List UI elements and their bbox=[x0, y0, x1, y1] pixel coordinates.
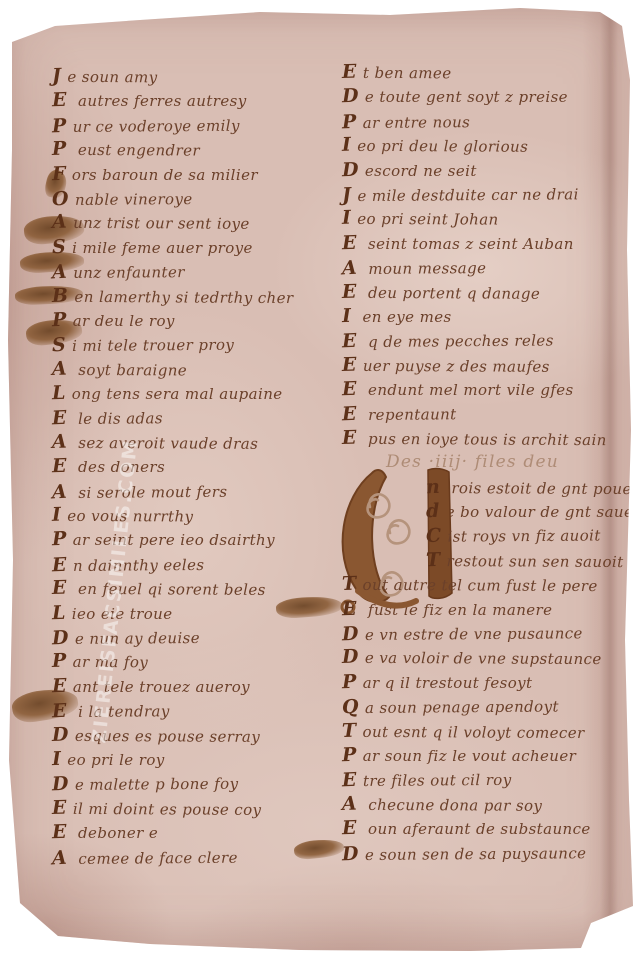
verse-line: Eil mi doint es pouse coy bbox=[52, 795, 332, 821]
verse-line: E oun aferaunt de substaunce bbox=[342, 816, 634, 840]
verse-line: Tout autre tel cum fust le pere bbox=[342, 572, 634, 598]
verse-line: Qa soun penage apendoyt bbox=[342, 693, 634, 720]
line-initial: E bbox=[51, 699, 67, 724]
verse-line: Si mi tele trouer proy bbox=[52, 331, 332, 358]
line-initial: E bbox=[52, 88, 68, 113]
verse-line: E deu portent q danage bbox=[342, 279, 634, 305]
verse-line: E des doners bbox=[52, 454, 332, 478]
verse-line: Ieo vous nurrthy bbox=[52, 503, 332, 529]
line-initial: J bbox=[52, 64, 62, 89]
line-initial: A bbox=[51, 479, 67, 504]
line-initial: d bbox=[426, 499, 441, 524]
line-initial: D bbox=[341, 841, 359, 866]
verse-line: E q de mes pecches reles bbox=[342, 327, 634, 354]
line-initial: A bbox=[342, 791, 358, 816]
line-initial: E bbox=[51, 553, 67, 578]
verse-line: Cist roys vn fiz auoit bbox=[426, 523, 634, 549]
verse-line: Par q il trestout fesoyt bbox=[342, 670, 634, 694]
line-initial: P bbox=[51, 114, 67, 139]
verse-line: Ieo pri deu le glorious bbox=[342, 133, 634, 159]
verse-line: Par seint pere ieo dsairthy bbox=[52, 527, 332, 551]
line-initial: A bbox=[51, 260, 67, 285]
verse-line: De toute gent soyt z preise bbox=[342, 84, 634, 108]
line-initial: I bbox=[342, 304, 352, 329]
verse-line: Aunz trist our sent ioye bbox=[52, 210, 332, 236]
verse-line: De vn estre de vne pusaunce bbox=[342, 620, 634, 647]
verse-line: De soun sen de sa puysaunce bbox=[342, 839, 634, 866]
line-initial: D bbox=[341, 622, 359, 647]
verse-line: A cemee de face clere bbox=[52, 843, 332, 870]
verse-line: E autres ferres autresy bbox=[52, 88, 332, 112]
verse-line: De va voloir de vne supstaunce bbox=[342, 645, 634, 671]
line-initial: I bbox=[342, 133, 352, 158]
line-initial: A bbox=[52, 356, 68, 381]
line-initial: O bbox=[51, 187, 69, 212]
line-initial: E bbox=[342, 596, 358, 621]
line-initial: L bbox=[52, 381, 67, 406]
verse-line: A soyt baraigne bbox=[52, 356, 332, 382]
line-initial: E bbox=[342, 60, 358, 85]
verse-line: n rois estoit de gnt pouer bbox=[426, 475, 634, 500]
line-initial: T bbox=[342, 572, 357, 597]
verse-line: Euer puyse z des maufes bbox=[342, 352, 634, 378]
text-column-right: Et ben ameeDe toute gent soyt z preisePa… bbox=[342, 60, 634, 865]
verse-line: E deboner e bbox=[52, 820, 332, 844]
verse-group-top: Et ben ameeDe toute gent soyt z preisePa… bbox=[342, 60, 634, 450]
verse-line: Je soun amy bbox=[52, 64, 332, 90]
line-initial: E bbox=[342, 352, 358, 377]
line-initial: E bbox=[342, 279, 358, 304]
verse-line: Long tens sera mal aupaine bbox=[52, 381, 332, 405]
line-initial: Q bbox=[341, 695, 359, 720]
line-initial: S bbox=[51, 333, 66, 358]
line-initial: B bbox=[52, 283, 69, 308]
line-initial: E bbox=[52, 576, 68, 601]
line-initial: E bbox=[52, 674, 68, 699]
line-initial: P bbox=[341, 110, 357, 135]
verse-line: Je mile destduite car ne drai bbox=[342, 181, 634, 208]
verse-line: Ben lamerthy si tedrthy cher bbox=[52, 283, 332, 309]
line-initial: E bbox=[52, 454, 68, 479]
line-initial: E bbox=[341, 329, 357, 354]
verse-line: Pur ce voderoye emily bbox=[52, 112, 332, 139]
verse-line: Etre files out cil roy bbox=[342, 766, 634, 793]
line-initial: E bbox=[342, 377, 358, 402]
verse-line: A si serole mout fers bbox=[52, 478, 332, 505]
verse-line: A sez averoit vaude dras bbox=[52, 430, 332, 456]
line-initial: D bbox=[342, 645, 360, 670]
verse-line: Ieo pri le roy bbox=[52, 747, 332, 771]
line-initial: E bbox=[51, 406, 67, 431]
verse-line: Tout esnt q il voloyt comecer bbox=[342, 718, 634, 744]
line-initial: F bbox=[52, 161, 67, 186]
line-initial: T bbox=[342, 718, 357, 743]
verse-line: Si mile feme auer proye bbox=[52, 235, 332, 259]
line-initial: A bbox=[52, 210, 68, 235]
verse-line: Par deu le roy bbox=[52, 308, 332, 332]
line-initial: P bbox=[342, 743, 358, 768]
line-initial: E bbox=[52, 795, 68, 820]
verse-line: E endunt mel mort vile gfes bbox=[342, 377, 634, 401]
line-initial: n bbox=[426, 474, 441, 499]
line-initial: D bbox=[52, 722, 70, 747]
line-initial: I bbox=[342, 206, 352, 231]
verse-line: I en eye mes bbox=[342, 304, 634, 328]
verse-line: E pus en ioye tous is archit sain bbox=[342, 426, 634, 452]
line-initial: C bbox=[425, 524, 442, 549]
verse-line: En dainnthy eeles bbox=[52, 551, 332, 578]
verse-line: Lieo eie troue bbox=[52, 601, 332, 625]
line-initial: P bbox=[52, 137, 67, 162]
illuminated-initial-block: n rois estoit de gnt pouerde bo valour d… bbox=[342, 475, 634, 573]
line-initial: I bbox=[52, 503, 62, 528]
line-initial: A bbox=[341, 256, 357, 281]
line-initial: D bbox=[51, 772, 69, 797]
verse-line: E seint tomas z seint Auban bbox=[342, 231, 634, 255]
verse-line: Aunz enfaunter bbox=[52, 258, 332, 285]
verse-line: E repentaunt bbox=[342, 400, 634, 427]
verse-line: Onable vineroye bbox=[52, 185, 332, 212]
line-initial: T bbox=[426, 548, 441, 573]
line-initial: E bbox=[342, 425, 358, 450]
line-initial: P bbox=[342, 670, 358, 695]
line-initial: A bbox=[52, 429, 68, 454]
verse-line: Ieo pri seint Johan bbox=[342, 206, 634, 232]
manuscript-photo: Je soun amyE autres ferres autresyPur ce… bbox=[0, 0, 640, 959]
verse-line: E en feuel qi sorent beles bbox=[52, 576, 332, 602]
verse-line: E le dis adas bbox=[52, 404, 332, 431]
line-initial: E bbox=[341, 768, 357, 793]
verse-line: De nun ay deuise bbox=[52, 624, 332, 651]
line-initial: D bbox=[342, 157, 360, 182]
line-initial: D bbox=[342, 84, 360, 109]
parchment-page: Je soun amyE autres ferres autresyPur ce… bbox=[0, 0, 640, 959]
verse-line: A checune dona par soy bbox=[342, 791, 634, 817]
verse-line: Et ben amee bbox=[342, 60, 634, 86]
verse-line: De malette p bone foy bbox=[52, 770, 332, 797]
verse-line: Fors baroun de sa milier bbox=[52, 162, 332, 186]
verse-line: P eust engendrer bbox=[52, 137, 332, 163]
line-initial: E bbox=[342, 230, 358, 255]
verse-line: Par ma foy bbox=[52, 649, 332, 675]
verse-line: Descord ne seit bbox=[342, 158, 634, 182]
line-initial: L bbox=[52, 600, 67, 625]
line-initial: E bbox=[52, 820, 68, 845]
line-initial: P bbox=[52, 649, 67, 674]
line-initial: P bbox=[52, 308, 68, 333]
line-initial: J bbox=[341, 183, 351, 208]
line-initial: D bbox=[51, 626, 69, 651]
line-initial: E bbox=[341, 402, 357, 427]
verse-line: Par entre nous bbox=[342, 108, 634, 135]
line-initial: I bbox=[52, 747, 62, 772]
verse-line: A moun message bbox=[342, 254, 634, 281]
line-initial: E bbox=[342, 816, 358, 841]
line-initial: A bbox=[51, 845, 67, 870]
verse-line: Trestout sun sen sauoit bbox=[426, 548, 634, 573]
line-initial: P bbox=[52, 527, 68, 552]
text-column-left: Je soun amyE autres ferres autresyPur ce… bbox=[52, 64, 332, 869]
verse-line: Par soun fiz le vout acheuer bbox=[342, 743, 634, 767]
line-initial: S bbox=[52, 234, 67, 259]
